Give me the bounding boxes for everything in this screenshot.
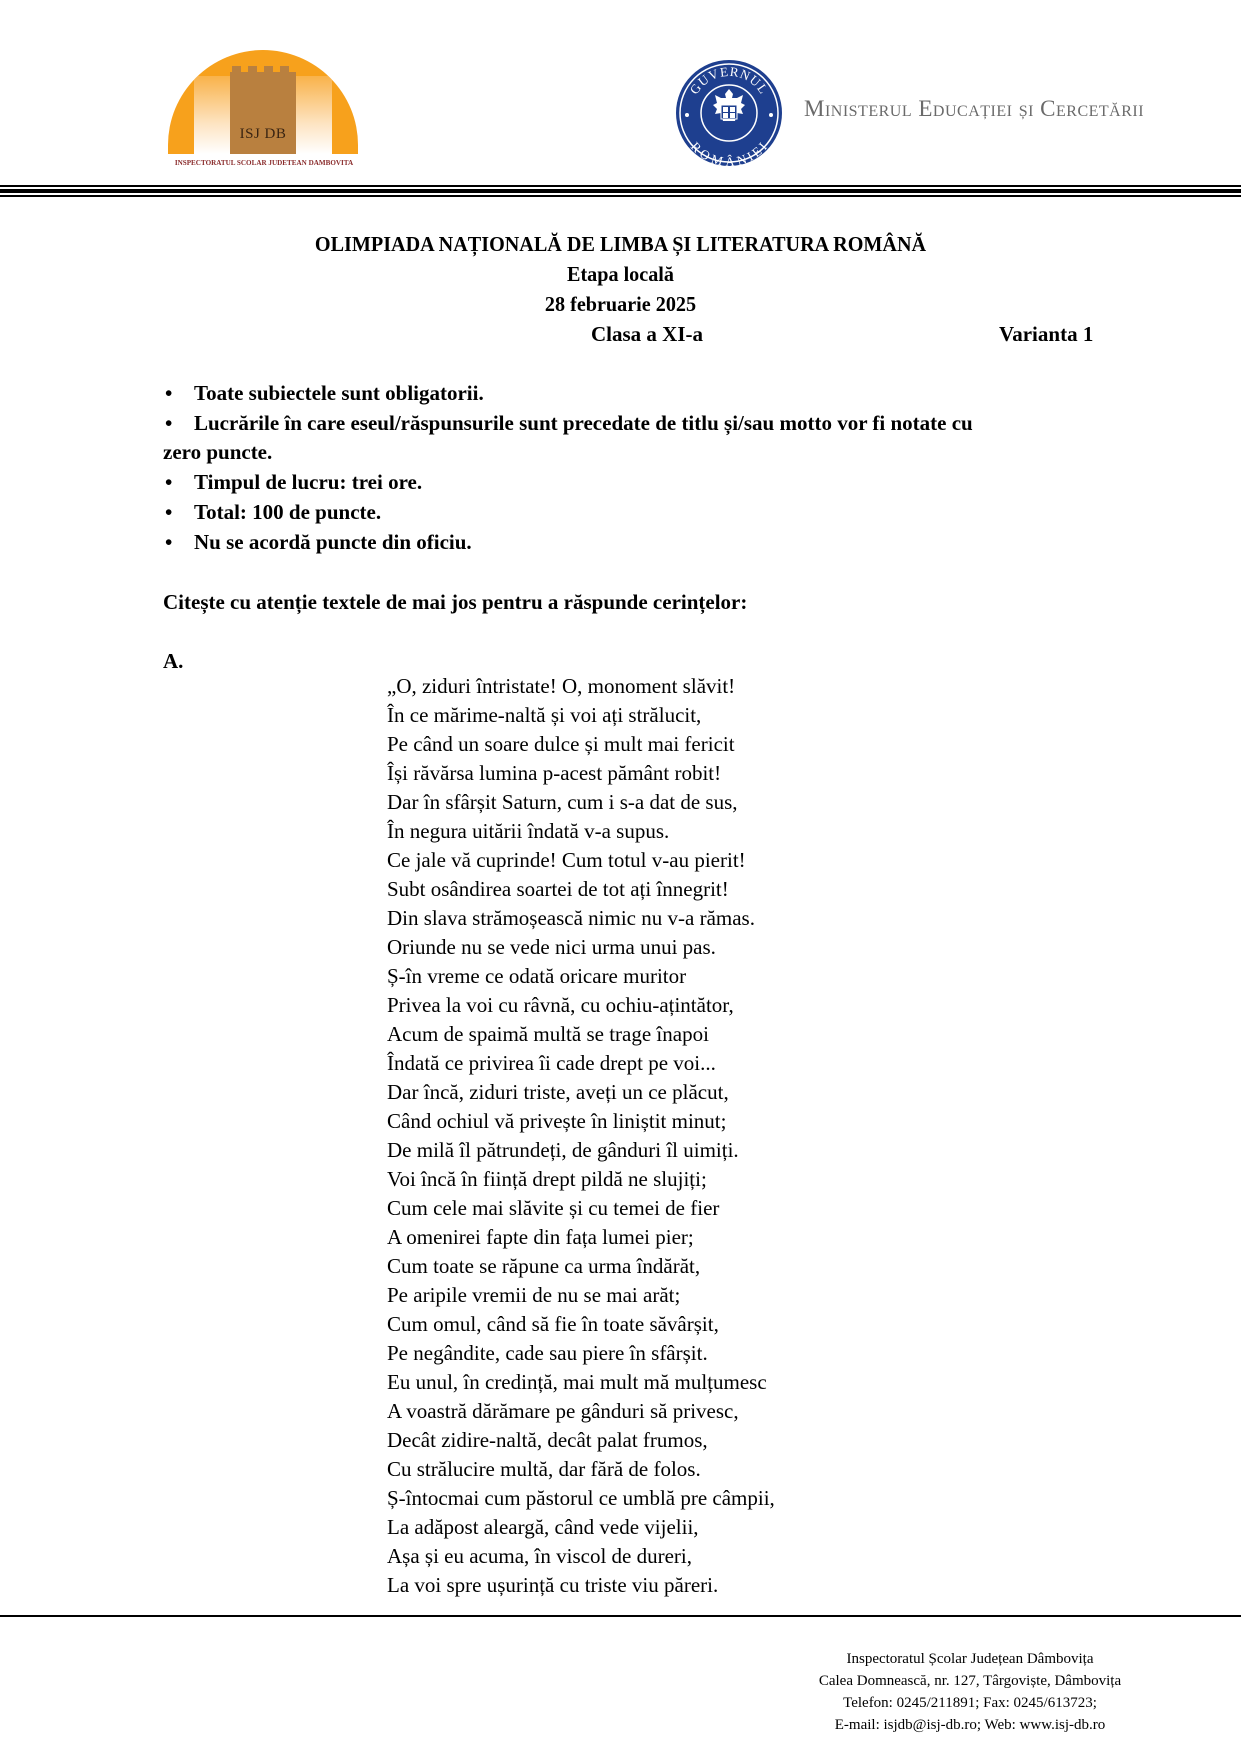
poem-verse: Ș-întocmai cum păstorul ce umblă pre câm… xyxy=(387,1488,775,1509)
header-rule-bottom xyxy=(0,195,1241,197)
poem-verse: Așa și eu acuma, în viscol de dureri, xyxy=(387,1546,692,1567)
section-label: A. xyxy=(163,649,183,674)
footer-phone-fax: Telefon: 0245/211891; Fax: 0245/613723; xyxy=(760,1692,1180,1714)
rule-text: Nu se acordă puncte din oficiu. xyxy=(194,530,472,554)
rule-item: •Toate subiectele sunt obligatorii. xyxy=(163,381,484,406)
footer-contact: Inspectoratul Școlar Județean Dâmbovița … xyxy=(760,1648,1180,1736)
rule-text: Toate subiectele sunt obligatorii. xyxy=(194,381,484,405)
poem-verse: Privea la voi cu râvnă, cu ochiu-ațintăt… xyxy=(387,995,734,1016)
poem-verse: A voastră dărămare pe gânduri să privesc… xyxy=(387,1401,739,1422)
guvernul-romaniei-seal-icon: GUVERNUL ROMÂNIEI xyxy=(675,59,783,167)
footer-email-web: E-mail: isjdb@isj-db.ro; Web: www.isj-db… xyxy=(760,1714,1180,1736)
header-rule-middle xyxy=(0,189,1241,193)
tower-crenel xyxy=(264,66,273,73)
poem-verse: Cum omul, când să fie în toate săvârșit, xyxy=(387,1314,719,1335)
reading-instruction: Citește cu atenție textele de mai jos pe… xyxy=(163,590,747,615)
poem-verse: Pe negândite, cade sau piere în sfârșit. xyxy=(387,1343,708,1364)
poem-verse: Dar încă, ziduri triste, aveți un ce plă… xyxy=(387,1082,729,1103)
tower-crenel xyxy=(232,66,241,73)
rule-text: Lucrările în care eseul/răspunsurile sun… xyxy=(194,411,973,435)
header-rule-top xyxy=(0,185,1241,187)
poem-verse: În ce mărime-naltă și voi ați strălucit, xyxy=(387,705,701,726)
poem-verse: Dar în sfârșit Saturn, cum i s-a dat de … xyxy=(387,792,738,813)
poem-verse: La adăpost aleargă, când vede vijelii, xyxy=(387,1517,699,1538)
poem-verse: Ș-în vreme ce odată oricare muritor xyxy=(387,966,686,987)
poem-verse: Din slava strămoșească nimic nu v-a răma… xyxy=(387,908,755,929)
rule-item: •Lucrările în care eseul/răspunsurile su… xyxy=(163,411,973,436)
poem-verse: Cu strălucire multă, dar fără de folos. xyxy=(387,1459,701,1480)
poem-verse: Când ochiul vă privește în liniștit minu… xyxy=(387,1111,726,1132)
poem-verse: Eu unul, în credință, mai mult mă mulțum… xyxy=(387,1372,767,1393)
isj-logo: ISJ DB INSPECTORATUL SCOLAR JUDETEAN DAM… xyxy=(168,50,358,170)
bullet-icon: • xyxy=(163,381,194,406)
rule-item: •Total: 100 de puncte. xyxy=(163,500,381,525)
ministry-name: Ministerul Educației și Cercetării xyxy=(804,96,1144,122)
poem-verse: Cum toate se răpune ca urma îndărăt, xyxy=(387,1256,700,1277)
poem-verse: Decât zidire-naltă, decât palat frumos, xyxy=(387,1430,708,1451)
footer-rule xyxy=(0,1615,1241,1617)
rule-text: Total: 100 de puncte. xyxy=(194,500,381,524)
poem-verse: Acum de spaimă multă se trage înapoi xyxy=(387,1024,709,1045)
rule-continuation: zero puncte. xyxy=(163,440,272,465)
footer-address: Calea Domnească, nr. 127, Târgoviște, Dâ… xyxy=(760,1670,1180,1692)
poem-verse: De milă îl pătrundeți, de gânduri îl uim… xyxy=(387,1140,739,1161)
footer-institution: Inspectoratul Școlar Județean Dâmbovița xyxy=(760,1648,1180,1670)
poem-verse: Îndată ce privirea îi cade drept pe voi.… xyxy=(387,1053,716,1074)
page-title: OLIMPIADA NAȚIONALĂ DE LIMBA ȘI LITERATU… xyxy=(25,232,1216,257)
poem-verse: Își răvărsa lumina p-acest pământ robit! xyxy=(387,763,721,784)
logo-tower-text: ISJ DB xyxy=(230,126,296,143)
variant-label: Varianta 1 xyxy=(999,322,1093,347)
logo-caption: INSPECTORATUL SCOLAR JUDETEAN DAMBOVITA xyxy=(171,158,357,167)
rule-item: •Nu se acordă puncte din oficiu. xyxy=(163,530,472,555)
poem-verse: A omenirei fapte din fața lumei pier; xyxy=(387,1227,694,1248)
rule-text: Timpul de lucru: trei ore. xyxy=(194,470,422,494)
bullet-icon: • xyxy=(163,530,194,555)
poem-verse: Cum cele mai slăvite și cu temei de fier xyxy=(387,1198,719,1219)
bullet-icon: • xyxy=(163,500,194,525)
poem-verse: Ce jale vă cuprinde! Cum totul v-au pier… xyxy=(387,850,746,871)
poem-verse: „O, ziduri întristate! O, monoment slăvi… xyxy=(387,676,735,697)
poem-verse: La voi spre ușurință cu triste viu părer… xyxy=(387,1575,718,1596)
poem-verse: În negura uitării îndată v-a supus. xyxy=(387,821,669,842)
poem-verse: Oriunde nu se vede nici urma unui pas. xyxy=(387,937,716,958)
poem-verse: Subt osândirea soartei de tot ați înnegr… xyxy=(387,879,729,900)
bullet-icon: • xyxy=(163,411,194,436)
tower-crenel xyxy=(248,66,257,73)
poem-verse: Pe aripile vremii de nu se mai arăt; xyxy=(387,1285,680,1306)
class-label: Clasa a XI-a xyxy=(591,322,703,347)
tower-crenel xyxy=(280,66,289,73)
poem-verse: Pe când un soare dulce și mult mai feric… xyxy=(387,734,735,755)
exam-stage: Etapa locală xyxy=(25,262,1216,287)
exam-date: 28 februarie 2025 xyxy=(25,292,1216,317)
bullet-icon: • xyxy=(163,470,194,495)
rule-item: •Timpul de lucru: trei ore. xyxy=(163,470,422,495)
poem-verse: Voi încă în ființă drept pildă ne slujiț… xyxy=(387,1169,707,1190)
